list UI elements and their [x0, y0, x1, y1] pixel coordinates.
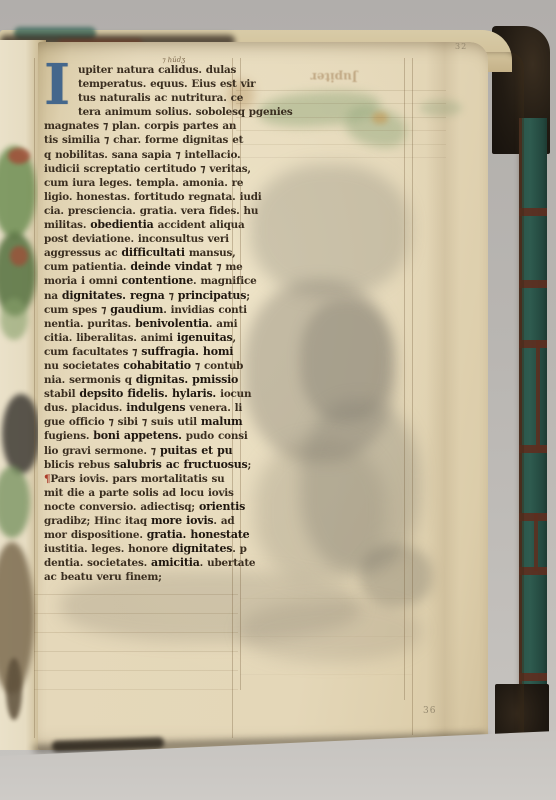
text-line: post deviatione. inconsultus veri [44, 232, 234, 246]
text-line: mor dispositione. gratia. honestate [44, 528, 234, 542]
text-line: iudicii screptatio certitudo ⁊ veritas, [44, 162, 234, 176]
text-line: nentia. puritas. benivolentia. ami [44, 317, 234, 331]
text-line: aggressus ac difficultati mansus, [44, 246, 234, 260]
text-line: blicis rebus salubris ac fructuosus; [44, 458, 234, 472]
green-pigment-smudge [420, 100, 462, 116]
show-through-stain [240, 600, 422, 662]
ruling-line-horizontal [240, 674, 412, 675]
text-line: dentia. societates. amicitia. ubertate [44, 556, 234, 570]
text-line: mit die a parte solis ad locu iovis [44, 486, 234, 500]
ruling-line-horizontal [236, 144, 446, 145]
text-line: ac beatu veru finem; [44, 570, 234, 584]
text-line: lio gravi sermone. ⁊ puitas et pu [44, 444, 234, 458]
illustration-foliage-green [0, 466, 30, 538]
ruling-line-horizontal [236, 130, 446, 131]
ruling-line-horizontal [34, 594, 238, 595]
cover-brick-joint [536, 340, 540, 450]
text-line: moria i omni contentione. magnifice [44, 274, 234, 288]
text-line: q nobilitas. sana sapia ⁊ intellacio. [44, 148, 234, 162]
photo-of-open-manuscript: Jupiter ⁊ hūdʒ I upiter natura calidus. … [0, 0, 556, 800]
ruling-line-horizontal [236, 103, 446, 104]
ruling-line-vertical [240, 58, 241, 690]
ruling-line-horizontal [240, 598, 412, 599]
ruling-line-horizontal [34, 613, 238, 614]
text-line: stabil depsito fidelis. hylaris. iocun [44, 387, 234, 401]
text-line: fugiens. boni appetens. pudo consi [44, 429, 234, 443]
text-line: ¶Pars iovis. pars mortalitatis su [44, 472, 234, 486]
ruling-line-horizontal [34, 632, 238, 633]
ruling-line-vertical [404, 58, 405, 700]
text-line: militas. obedientia accident aliqua [44, 218, 234, 232]
text-line: cum patientia. deinde vindat ⁊ me [44, 260, 234, 274]
text-column: I upiter natura calidus. dulastemperatus… [44, 63, 234, 584]
ruling-line-vertical [412, 58, 413, 735]
text-line: nocte conversio. adiectisq; orientis [44, 500, 234, 514]
ruling-line-vertical [34, 58, 35, 738]
ruling-line-horizontal [34, 651, 238, 652]
text-line: cum spes ⁊ gaudium. invidias conti [44, 303, 234, 317]
text-line: nu societates cohabitatio ⁊ contub [44, 359, 234, 373]
illustration-flower-red [8, 148, 30, 164]
illustration-foliage-pale [0, 298, 28, 340]
folio-number-top: 32 [455, 42, 467, 51]
text-line: nia. sermonis q dignitas. pmissio [44, 373, 234, 387]
cover-brick-joint [534, 513, 538, 571]
illustration-animal-leg [6, 658, 22, 720]
text-line: gue officio ⁊ sibi ⁊ suis util malum [44, 415, 234, 429]
orange-pigment-dot [372, 112, 388, 124]
folio-number-bottom: 36 [423, 706, 436, 716]
show-through-stain [250, 164, 410, 296]
text-line: magnates ⁊ plan. corpis partes an [44, 119, 234, 133]
text-line: gradibz; Hinc itaq more iovis. ad [44, 514, 234, 528]
text-line: cia. presciencia. gratia. vera fides. hu [44, 204, 234, 218]
ruling-line-horizontal [34, 670, 238, 671]
ruling-line-horizontal [34, 689, 238, 690]
text-line: tera animum solius. sobolesq pgenies [44, 105, 234, 119]
text-line: cum iura leges. templa. amonia. re [44, 176, 234, 190]
illustration-flower-red [10, 246, 28, 266]
ruling-line-horizontal [236, 157, 446, 158]
ruling-line-horizontal [240, 636, 412, 637]
green-pigment-smudge [341, 101, 411, 154]
text-line: dus. placidus. indulgens venera. li [44, 401, 234, 415]
text-line: citia. liberalitas. animi igenuitas, [44, 331, 234, 345]
text-line: ligio. honestas. fortitudo regnata. iudi [44, 190, 234, 204]
text-line: na dignitates. regna ⁊ principatus; [44, 289, 234, 303]
ruling-line-horizontal [236, 90, 446, 91]
show-through-mirrored-title: Jupiter [292, 70, 376, 84]
text-line: iustitia. leges. honore dignitates. p [44, 542, 234, 556]
text-line: tis similia ⁊ char. forme dignitas et [44, 133, 234, 147]
illuminated-initial: I [44, 64, 74, 106]
text-line: cum facultates ⁊ suffragia. homi [44, 345, 234, 359]
